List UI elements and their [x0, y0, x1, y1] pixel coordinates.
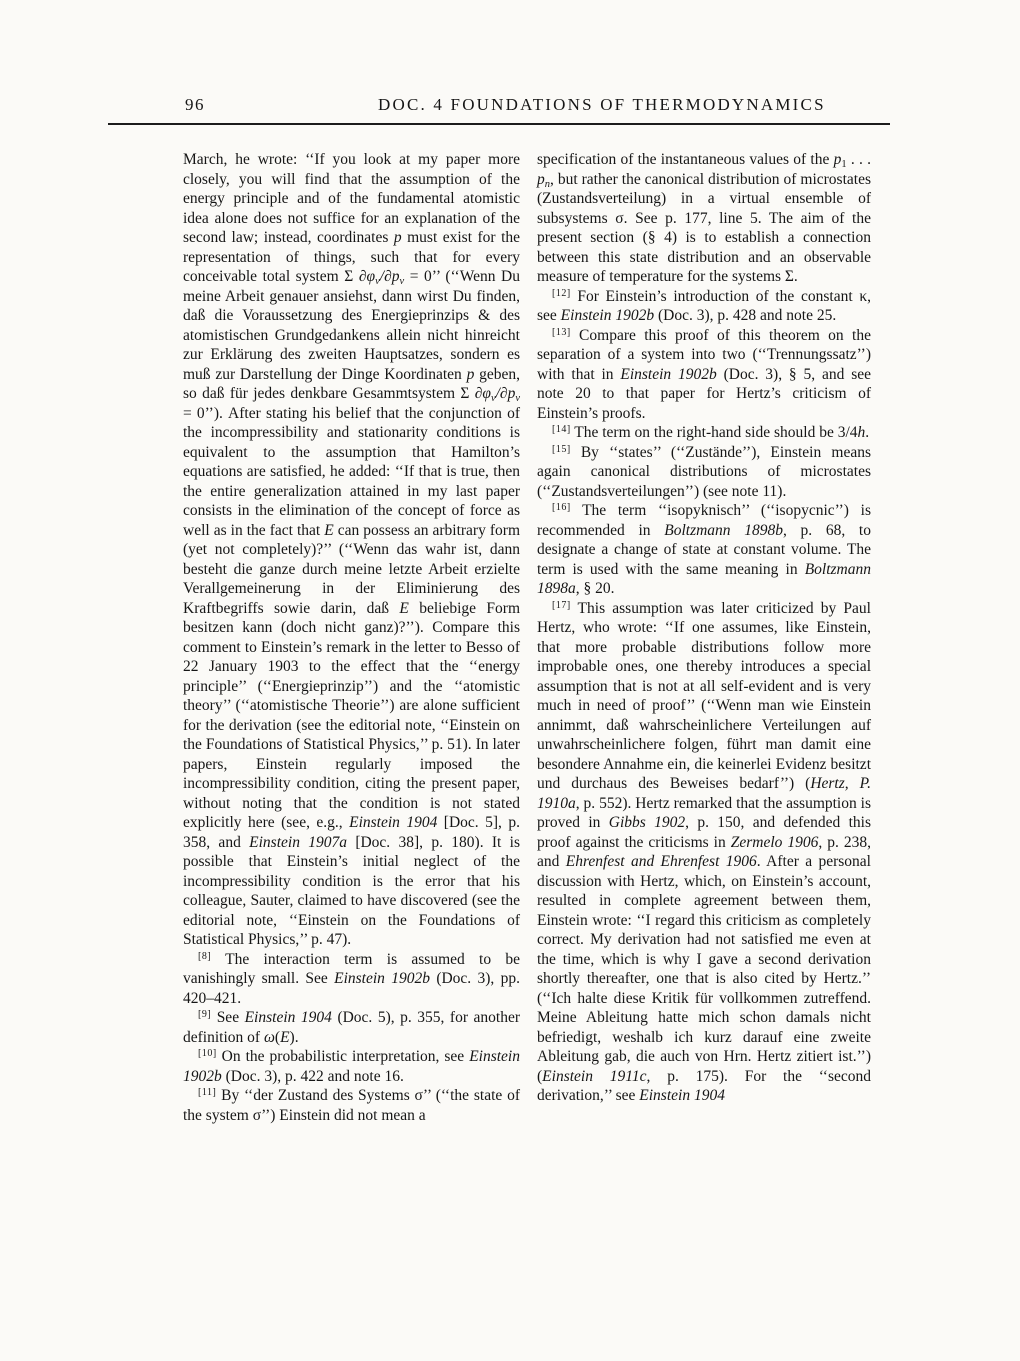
paragraph: [9] See Einstein 1904 (Doc. 5), p. 355, …	[183, 1008, 520, 1047]
paragraph: March, he wrote: ‘‘If you look at my pap…	[183, 150, 520, 950]
note-ref: [12]	[552, 288, 571, 299]
note-ref: [14]	[552, 424, 571, 435]
subscript: ν	[375, 276, 380, 287]
text-run: . . .	[847, 151, 871, 168]
text-run: By ‘‘states’’ (‘‘Zustände’’), Einstein m…	[537, 444, 871, 500]
subscript: ν	[400, 276, 405, 287]
italic-run: Boltzmann 1898b	[664, 522, 783, 539]
italic-run: ω	[264, 1029, 275, 1046]
italic-run: Einstein 1904	[245, 1009, 332, 1026]
running-head: DOC. 4 FOUNDATIONS OF THERMODYNAMICS	[378, 95, 826, 115]
italic-run: Einstein 1904	[349, 814, 437, 831]
note-ref: [10]	[198, 1048, 217, 1059]
italic-run: Einstein 1911c	[542, 1068, 646, 1085]
italic-run: ∂φ	[359, 268, 375, 285]
paragraph: [17] This assumption was later criticize…	[537, 599, 871, 1106]
italic-run: /∂p	[380, 268, 400, 285]
note-ref: [9]	[198, 1009, 211, 1020]
italic-run: Einstein 1902b	[561, 307, 654, 324]
paragraph: [15] By ‘‘states’’ (‘‘Zustände’’), Einst…	[537, 443, 871, 502]
italic-run: E	[399, 600, 408, 617]
note-ref: [8]	[198, 951, 211, 962]
text-run: On the probabilistic interpretation, see	[217, 1048, 470, 1065]
text-run: . After a personal discussion with Hertz…	[537, 853, 871, 1085]
paragraph: [12] For Einstein’s introduction of the …	[537, 287, 871, 326]
left-column: March, he wrote: ‘‘If you look at my pap…	[183, 150, 520, 1125]
text-run: (Doc. 3), p. 422 and note 16.	[222, 1068, 404, 1085]
subscript: n	[545, 179, 550, 190]
paragraph: [8] The interaction term is assumed to b…	[183, 950, 520, 1009]
text-run: By ‘‘der Zustand des Systems σ’’ (‘‘the …	[183, 1087, 520, 1124]
italic-run: Einstein 1902b	[334, 970, 430, 987]
paragraph: [13] Compare this proof of this theorem …	[537, 326, 871, 424]
note-ref: [15]	[552, 444, 571, 455]
italic-run: E	[280, 1029, 289, 1046]
italic-run: ∂φ	[475, 385, 491, 402]
text-run: = 0’’). After stating his belief that th…	[183, 405, 520, 539]
note-ref: [11]	[198, 1087, 216, 1098]
text-run: , § 20.	[576, 580, 615, 597]
paragraph: [10] On the probabilistic interpretation…	[183, 1047, 520, 1086]
subscript: 1	[841, 159, 846, 170]
book-page: 96 DOC. 4 FOUNDATIONS OF THERMODYNAMICS …	[0, 0, 1020, 1361]
subscript: ν	[515, 393, 520, 404]
text-run: The term on the right-hand side should b…	[571, 424, 858, 441]
text-run: .	[865, 424, 869, 441]
italic-run: Zermelo 1906	[731, 834, 819, 851]
page-number: 96	[185, 95, 205, 115]
italic-run: Einstein 1902b	[620, 366, 716, 383]
paragraph: [14] The term on the right-hand side sho…	[537, 423, 871, 443]
note-ref: [16]	[552, 502, 571, 513]
text-run: (Doc. 3), p. 428 and note 25.	[654, 307, 836, 324]
text-run: specification of the instantaneous value…	[537, 151, 834, 168]
italic-run: E	[324, 522, 333, 539]
text-run: ).	[290, 1029, 299, 1046]
italic-run: Einstein 1904	[639, 1087, 725, 1104]
italic-run: p	[537, 171, 545, 188]
paragraph: [16] The term ‘‘isopyknisch’’ (‘‘isopycn…	[537, 501, 871, 599]
subscript: ν	[491, 393, 496, 404]
text-run: This assumption was later criticized by …	[537, 600, 871, 793]
italic-run: Gibbs 1902	[609, 814, 685, 831]
text-run: See	[211, 1009, 244, 1026]
italic-run: Ehrenfest and Ehrenfest 1906	[566, 853, 757, 870]
italic-run: Einstein 1907a	[249, 834, 347, 851]
paragraph: [11] By ‘‘der Zustand des Systems σ’’ (‘…	[183, 1086, 520, 1125]
header-rule	[108, 123, 890, 125]
text-run: beliebige Form besitzen kann (doch nicht…	[183, 600, 520, 832]
note-ref: [13]	[552, 327, 571, 338]
italic-run: p	[394, 229, 402, 246]
text-block: March, he wrote: ‘‘If you look at my pap…	[183, 150, 871, 1125]
italic-run: /∂p	[496, 385, 516, 402]
right-column: specification of the instantaneous value…	[537, 150, 871, 1125]
text-run: , but rather the canonical distribution …	[537, 171, 871, 286]
paragraph: specification of the instantaneous value…	[537, 150, 871, 287]
note-ref: [17]	[552, 600, 571, 611]
